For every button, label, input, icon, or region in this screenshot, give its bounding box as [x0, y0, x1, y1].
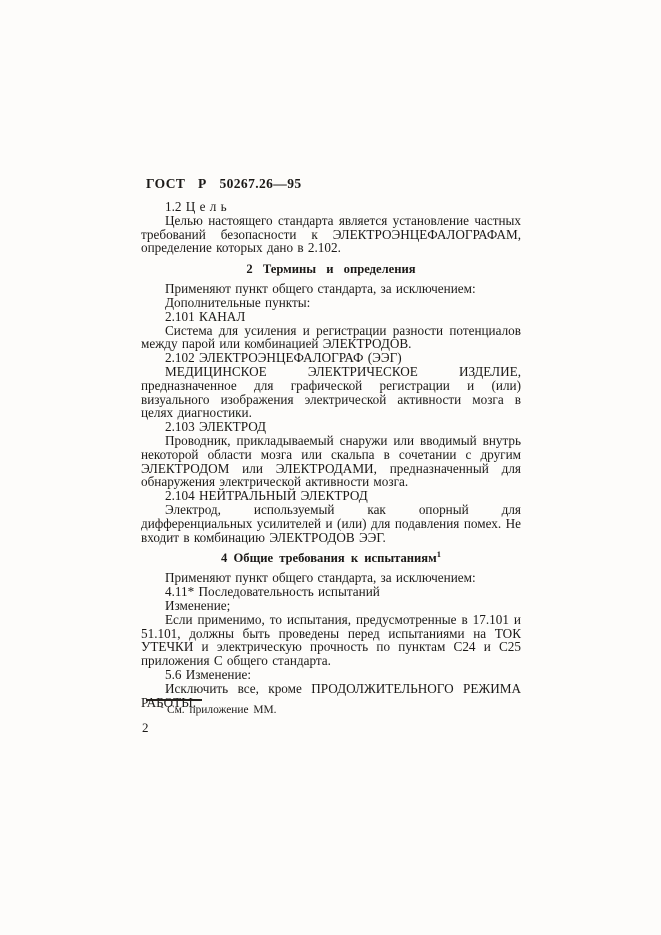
section-4-heading-text: 4 Общие требования к испытаниям — [221, 551, 437, 565]
doc-number-header: ГОСТ Р 50267.26—95 — [146, 176, 302, 192]
footnote-divider — [146, 699, 202, 701]
clause-1-2-title: 1.2 Ц е л ь — [141, 200, 521, 214]
paragraph: 4.11* Последовательность испытаний — [141, 585, 521, 599]
text-block: 1.2 Ц е л ь Целью настоящего стандарта я… — [141, 200, 521, 709]
term-number-electrode: 2.103 ЭЛЕКТРОД — [141, 420, 521, 434]
term-number-neutral-electrode: 2.104 НЕЙТРАЛЬНЫЙ ЭЛЕКТРОД — [141, 489, 521, 503]
paragraph: Изменение; — [141, 599, 521, 613]
term-number-canal: 2.101 КАНАЛ — [141, 310, 521, 324]
term-definition: Проводник, прикладываемый снаружи или вв… — [141, 434, 521, 489]
clause-1-2-body: Целью настоящего стандарта является уста… — [141, 214, 521, 255]
document-page: ГОСТ Р 50267.26—95 1.2 Ц е л ь Целью нас… — [0, 0, 661, 935]
footnote-text: См. приложение ММ. — [167, 704, 276, 716]
paragraph: Применяют пункт общего стандарта, за иск… — [141, 282, 521, 296]
footnote-marker: 1 — [160, 701, 164, 710]
page-number: 2 — [142, 720, 149, 736]
section-2-heading: 2 Термины и определения — [141, 262, 521, 276]
term-number-eeg: 2.102 ЭЛЕКТРОЭНЦЕФАЛОГРАФ (ЭЭГ) — [141, 351, 521, 365]
term-definition: Электрод, используемый как опорный для д… — [141, 503, 521, 544]
paragraph: Дополнительные пункты: — [141, 296, 521, 310]
paragraph: Если применимо, то испытания, предусмотр… — [141, 613, 521, 668]
paragraph: Применяют пункт общего стандарта, за иск… — [141, 571, 521, 585]
paragraph: 5.6 Изменение: — [141, 668, 521, 682]
term-definition: МЕДИЦИНСКОЕ ЭЛЕКТРИЧЕСКОЕ ИЗДЕЛИЕ, предн… — [141, 365, 521, 420]
footnote: 1См. приложение ММ. — [160, 704, 276, 717]
term-definition: Система для усиления и регистрации разно… — [141, 324, 521, 352]
section-4-heading: 4 Общие требования к испытаниям1 — [141, 551, 521, 565]
footnote-reference-marker: 1 — [437, 549, 441, 559]
